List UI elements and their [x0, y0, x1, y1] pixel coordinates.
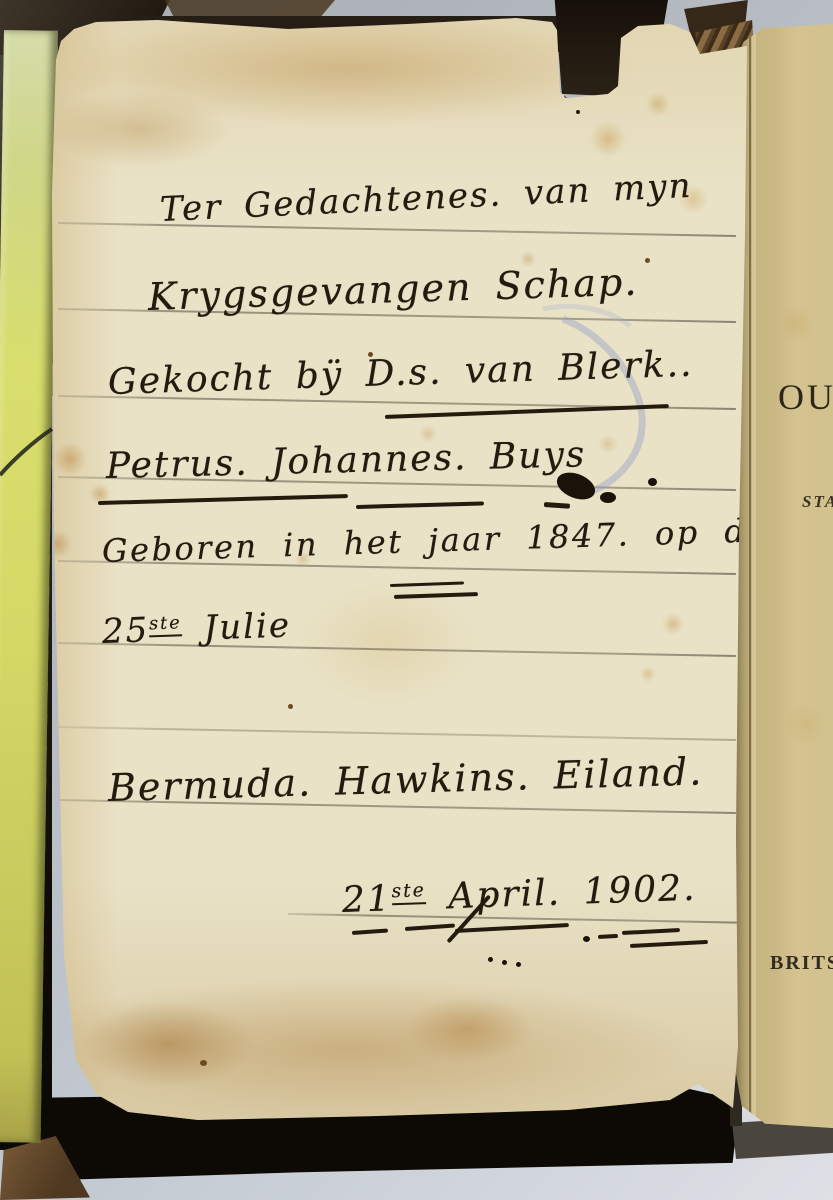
- date-flourish-line: [455, 923, 569, 933]
- birth-day-number: 25: [101, 610, 150, 652]
- underline-year-1: [390, 581, 464, 587]
- ruled-line: [58, 726, 736, 741]
- underline-year-2: [394, 592, 478, 598]
- date-dash: [598, 934, 618, 939]
- inscription-line-birth-day: 25ste Julie: [101, 605, 291, 652]
- printed-title-page: OUD STA BRITS: [736, 24, 833, 1128]
- inscription-line-place: Bermuda. Hawkins. Eiland.: [107, 749, 703, 810]
- underline-name-1: [98, 494, 348, 505]
- signed-day-suffix: ste: [391, 880, 426, 905]
- ink-dot: [502, 960, 507, 965]
- printed-imprint-text: BRITS: [770, 952, 833, 975]
- ink-smear: [544, 502, 570, 509]
- printed-title-text: OUD: [778, 376, 833, 418]
- date-dash: [405, 924, 455, 931]
- birth-month: Julie: [203, 605, 292, 648]
- page-fold-line: [749, 30, 751, 1120]
- inscription-line-signed-date: 21ste April. 1902.: [341, 868, 697, 921]
- inscription-line-memorial: Ter Gedachtenes. van myn: [159, 166, 693, 230]
- inscription-line-owner-name: Petrus. Johannes. Buys: [105, 434, 586, 487]
- inscription-line-born-year: Geboren in het jaar 1847. op de: [101, 511, 769, 570]
- paper-speck: [368, 352, 373, 357]
- paper-speck: [200, 1060, 207, 1066]
- birth-day-suffix: ste: [149, 613, 182, 637]
- ink-dot: [583, 936, 590, 942]
- ink-dot: [516, 962, 521, 967]
- date-dash: [352, 928, 388, 935]
- signed-date-rest: April. 1902.: [448, 868, 698, 918]
- printed-subtitle-text: STA: [802, 492, 833, 512]
- page-fold-highlight: [752, 30, 756, 1120]
- paper-speck: [576, 110, 580, 114]
- ink-dot: [488, 957, 493, 962]
- underline-1902-b: [630, 940, 708, 948]
- handwritten-flyleaf-page: Ter Gedachtenes. van myn Krygsgevangen S…: [48, 14, 748, 1122]
- underline-name-2: [356, 501, 484, 509]
- photograph-of-book-flyleaf: OUD STA BRITS Ter Gedachtenes. van myn K…: [0, 0, 833, 1200]
- signed-day-number: 21: [341, 878, 392, 921]
- ink-blot: [600, 492, 616, 503]
- ink-dot: [648, 478, 657, 486]
- underline-1902-a: [622, 928, 680, 935]
- paper-speck: [288, 704, 293, 709]
- paper-speck: [645, 258, 650, 263]
